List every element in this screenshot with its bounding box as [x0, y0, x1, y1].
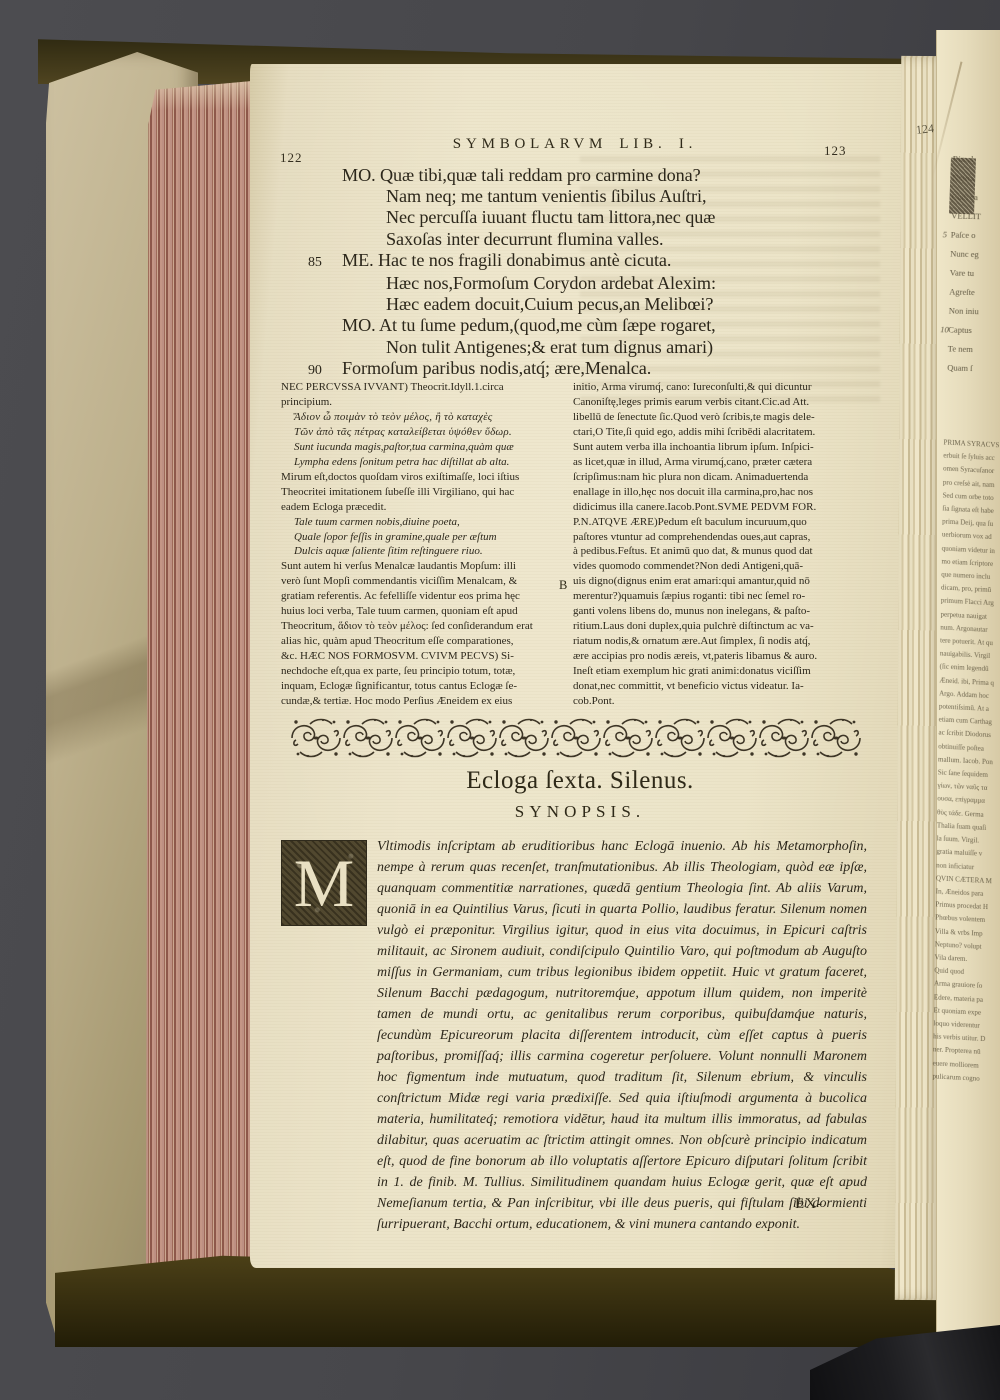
facing-verse-text: Non iniu [949, 301, 979, 321]
commentary-line: as licet,quæ in illud, Arma virumq́,cano… [573, 455, 865, 470]
verse-text: Formoſum paribus nodis,atq́; ære,Menalca… [342, 358, 651, 378]
verse-line: Nam neq; me tantum venientis ſibilus Auſ… [308, 186, 798, 207]
verse-line: Non tulit Antigenes;& erat tum dignus am… [308, 337, 798, 358]
verse-text: Nec percuſſa iuuant fluctu tam littora,n… [342, 207, 715, 227]
facing-verse-text: Captus [948, 320, 972, 340]
verse-line: MO. Quæ tibi,quæ tali reddam pro carmine… [308, 165, 798, 186]
facing-decorated-initial [949, 158, 976, 215]
commentary-line: Lympha edens ſonitum petra hac diſtillat… [281, 455, 569, 470]
commentary-line: donat,nec committit, vt beneficio victus… [573, 679, 865, 694]
commentary-line: Sunt autem hi verſus Menalcæ laudantis M… [281, 559, 569, 574]
verse-line: 85ME. Hac te nos fragili donabimus antè … [308, 250, 798, 273]
facing-column-number: 124 [915, 121, 934, 138]
commentary-line: didicimus illa canere.Iacob.Pont.SVME PE… [573, 500, 865, 515]
commentary-line: Tale tuum carmen nobis,diuine poeta, [281, 515, 569, 530]
catchword: EX- [795, 1196, 823, 1213]
column-number-right: 123 [824, 143, 847, 159]
commentary-column-right: initio, Arma virumq́, cano: Iureconſulti… [573, 380, 865, 709]
verse-line: Hæc eadem docuit,Cuium pecus,an Melibœi? [308, 294, 798, 315]
verse-line: Saxoſas inter decurrunt flumina valles. [308, 229, 798, 250]
synopsis-paragraph: MVltimodis inſcriptam ab eruditioribus h… [281, 836, 867, 928]
column-number-left: 122 [280, 150, 303, 166]
verse-text: Saxoſas inter decurrunt flumina valles. [342, 229, 663, 249]
commentary-line: Theocritum, ἅδιον τὸ τεὸν μέλος: ſed con… [281, 619, 569, 634]
commentary-line: Mirum eſt,doctos quoſdam viros exiſtimaſ… [281, 470, 569, 485]
commentary-line: enallage in illo,hęc nos docuit illa car… [573, 485, 865, 500]
facing-verse-line: Non iniu [941, 301, 999, 322]
decorated-initial-M: M [281, 840, 367, 926]
verse-text: MO. Quæ tibi,quæ tali reddam pro carmine… [342, 165, 701, 185]
commentary-line: cob.Pont. [573, 694, 865, 709]
commentary-line: eadem Ecloga præcedit. [281, 500, 569, 515]
commentary-line: Ἅδιον ὦ ποιμὰν τὸ τεὸν μέλος, ἢ τὸ καταχ… [281, 410, 569, 425]
commentary-line: inquam, Eclogæ ſignificantur, totus cant… [281, 679, 569, 694]
commentary-line: à pedibus.Feſtus. Et animū quo dat, & mu… [573, 544, 865, 559]
facing-verse-line: Nunc eg [942, 244, 1000, 265]
facing-verse-text: Paſce o [951, 225, 976, 245]
facing-verse-line: 5Paſce o [943, 225, 1000, 246]
facing-verse-line: Agreſte [941, 282, 999, 303]
commentary-line: gratiam referentis. Ac fefelliſſe vident… [281, 589, 569, 604]
facing-verse-text: Nunc eg [950, 244, 979, 264]
commentary-line: ganti volens libens do, munus non ineleg… [573, 604, 865, 619]
commentary-line: uis digno(dignus enim erat amari:qui ama… [573, 574, 865, 589]
commentary-line: Sunt autem verba illa inchoantia librum … [573, 440, 865, 455]
verse-line: Hæc nos,Formoſum Corydon ardebat Alexim: [308, 273, 798, 294]
commentary-line: alias hìc, quàm apud Theocritum eſſe com… [281, 634, 569, 649]
commentary-line: P.N.ATQVE ÆRE)Pedum eſt baculum incuruum… [573, 515, 865, 530]
commentary-line: Theocritei imitationem ſubeſſe illi Virg… [281, 485, 569, 500]
commentary-line: paſtores vtuntur ad comprehendendas oues… [573, 530, 865, 545]
synopsis-text: Vltimodis inſcriptam ab eruditioribus ha… [377, 836, 867, 1235]
commentary-line: Canoniſtę,leges primis earum verbis cita… [573, 395, 865, 410]
gutter-section-letter: B [559, 578, 567, 593]
running-title: SYMBOLARVM LIB. I. [410, 136, 740, 153]
verse-text: Hæc nos,Formoſum Corydon ardebat Alexim: [342, 273, 716, 293]
commentary-line: ctari,O Tite,ſi quid ego, addis mihi ſcr… [573, 425, 865, 440]
commentary-line: libellū de ſenectute ſic.Quod verò ſcrib… [573, 410, 865, 425]
commentary-line: ære accipias pro nodis æreis, vt,pateris… [573, 649, 865, 664]
commentary-line: Sunt iucunda magis,paſtor,tua carmina,qu… [281, 440, 569, 455]
commentary-line: cundæ,& tertiæ. Hoc modo Perſius Æneidem… [281, 694, 569, 709]
facing-verse-text: Vare tu [950, 263, 975, 283]
commentary-column-left: NEC PERCVSSA IVVANT) Theocrit.Idyll.1.ci… [281, 380, 569, 709]
commentary-line: huius loci verba, Tale tuum carmen, quon… [281, 604, 569, 619]
facing-verse-line: Quam ſ [939, 358, 997, 379]
commentary-line: riatum nodis,& ornatum ære.Aut ſimplex, … [573, 634, 865, 649]
verse-text: Nam neq; me tantum venientis ſibilus Auſ… [342, 186, 706, 206]
commentary-line: vides quomodo commendet?Non dedi Antigen… [573, 559, 865, 574]
facing-verse-line: Vare tu [942, 263, 1000, 284]
commentary-line: merentur?)quamuis ſæpius roganti: tibi n… [573, 589, 865, 604]
verse-text: ME. Hac te nos fragili donabimus antè ci… [342, 250, 671, 270]
facing-verse-line: 10Captus [940, 320, 998, 341]
red-speckled-page-edges [146, 80, 264, 1304]
verse-text: Hæc eadem docuit,Cuium pecus,an Melibœi? [342, 294, 713, 314]
eclogue-verse-block: MO. Quæ tibi,quæ tali reddam pro carmine… [308, 165, 798, 381]
ecloga-heading: Ecloga ſexta. Silenus. [260, 767, 900, 795]
facing-verse-text: Te nem [948, 339, 974, 359]
commentary-line: Τῶν ἀπὸ τᾶς πέτρας καταλείβεται ὑψόθεν ὕ… [281, 425, 569, 440]
verse-text: MO. At tu ſume pedum,(quod,me cùm ſæpe r… [342, 315, 716, 335]
commentary-line: Quale ſopor feſſis in gramine,quale per … [281, 530, 569, 545]
commentary-line: initio, Arma virumq́, cano: Iureconſulti… [573, 380, 865, 395]
commentary-line: ſcripſimus:nam hìc plura non dicam. Anim… [573, 470, 865, 485]
facing-commentary-fragments: PRIMA SYRACVSerbuit ſe ſyluis accomen Sy… [932, 436, 1000, 1086]
commentary-line: nechdoche eſt,qua ex parte, ſeu principi… [281, 664, 569, 679]
verse-line: MO. At tu ſume pedum,(quod,me cùm ſæpe r… [308, 315, 798, 336]
verse-line: 90Formoſum paribus nodis,atq́; ære,Menal… [308, 358, 798, 381]
verse-line: Nec percuſſa iuuant fluctu tam littora,n… [308, 207, 798, 228]
verse-text: Non tulit Antigenes;& erat tum dignus am… [342, 337, 713, 357]
facing-verse-line: Te nem [940, 339, 998, 360]
facing-verse-text: Quam ſ [947, 358, 973, 378]
commentary-line: verò ſunt Mopſi commendantis viciſſim Me… [281, 574, 569, 589]
commentary-line: Dulcis aquæ ſaliente ſitim reſtinguere r… [281, 544, 569, 559]
woodcut-ornament-band [290, 714, 862, 762]
synopsis-heading: SYNOPSIS. [260, 802, 900, 822]
commentary-line: Ineſt etiam exemplum hìc grati animi:don… [573, 664, 865, 679]
book-page: 122 SYMBOLARVM LIB. I. 123 MO. Quæ tibi,… [250, 64, 942, 1268]
commentary-line: principium. [281, 395, 569, 410]
verse-line-number: 90 [308, 360, 342, 381]
commentary-line: ritium.Laus doni duplex,quia pulchrè diſ… [573, 619, 865, 634]
book-photo: 122 SYMBOLARVM LIB. I. 123 MO. Quæ tibi,… [0, 0, 1000, 1400]
commentary-line: &c. HÆC NOS FORMOSVM. CVIVM PECVS) Si- [281, 649, 569, 664]
verse-line-number: 85 [308, 252, 342, 273]
commentary-line: NEC PERCVSSA IVVANT) Theocrit.Idyll.1.ci… [281, 380, 569, 395]
facing-verse-text: Agreſte [949, 282, 975, 302]
